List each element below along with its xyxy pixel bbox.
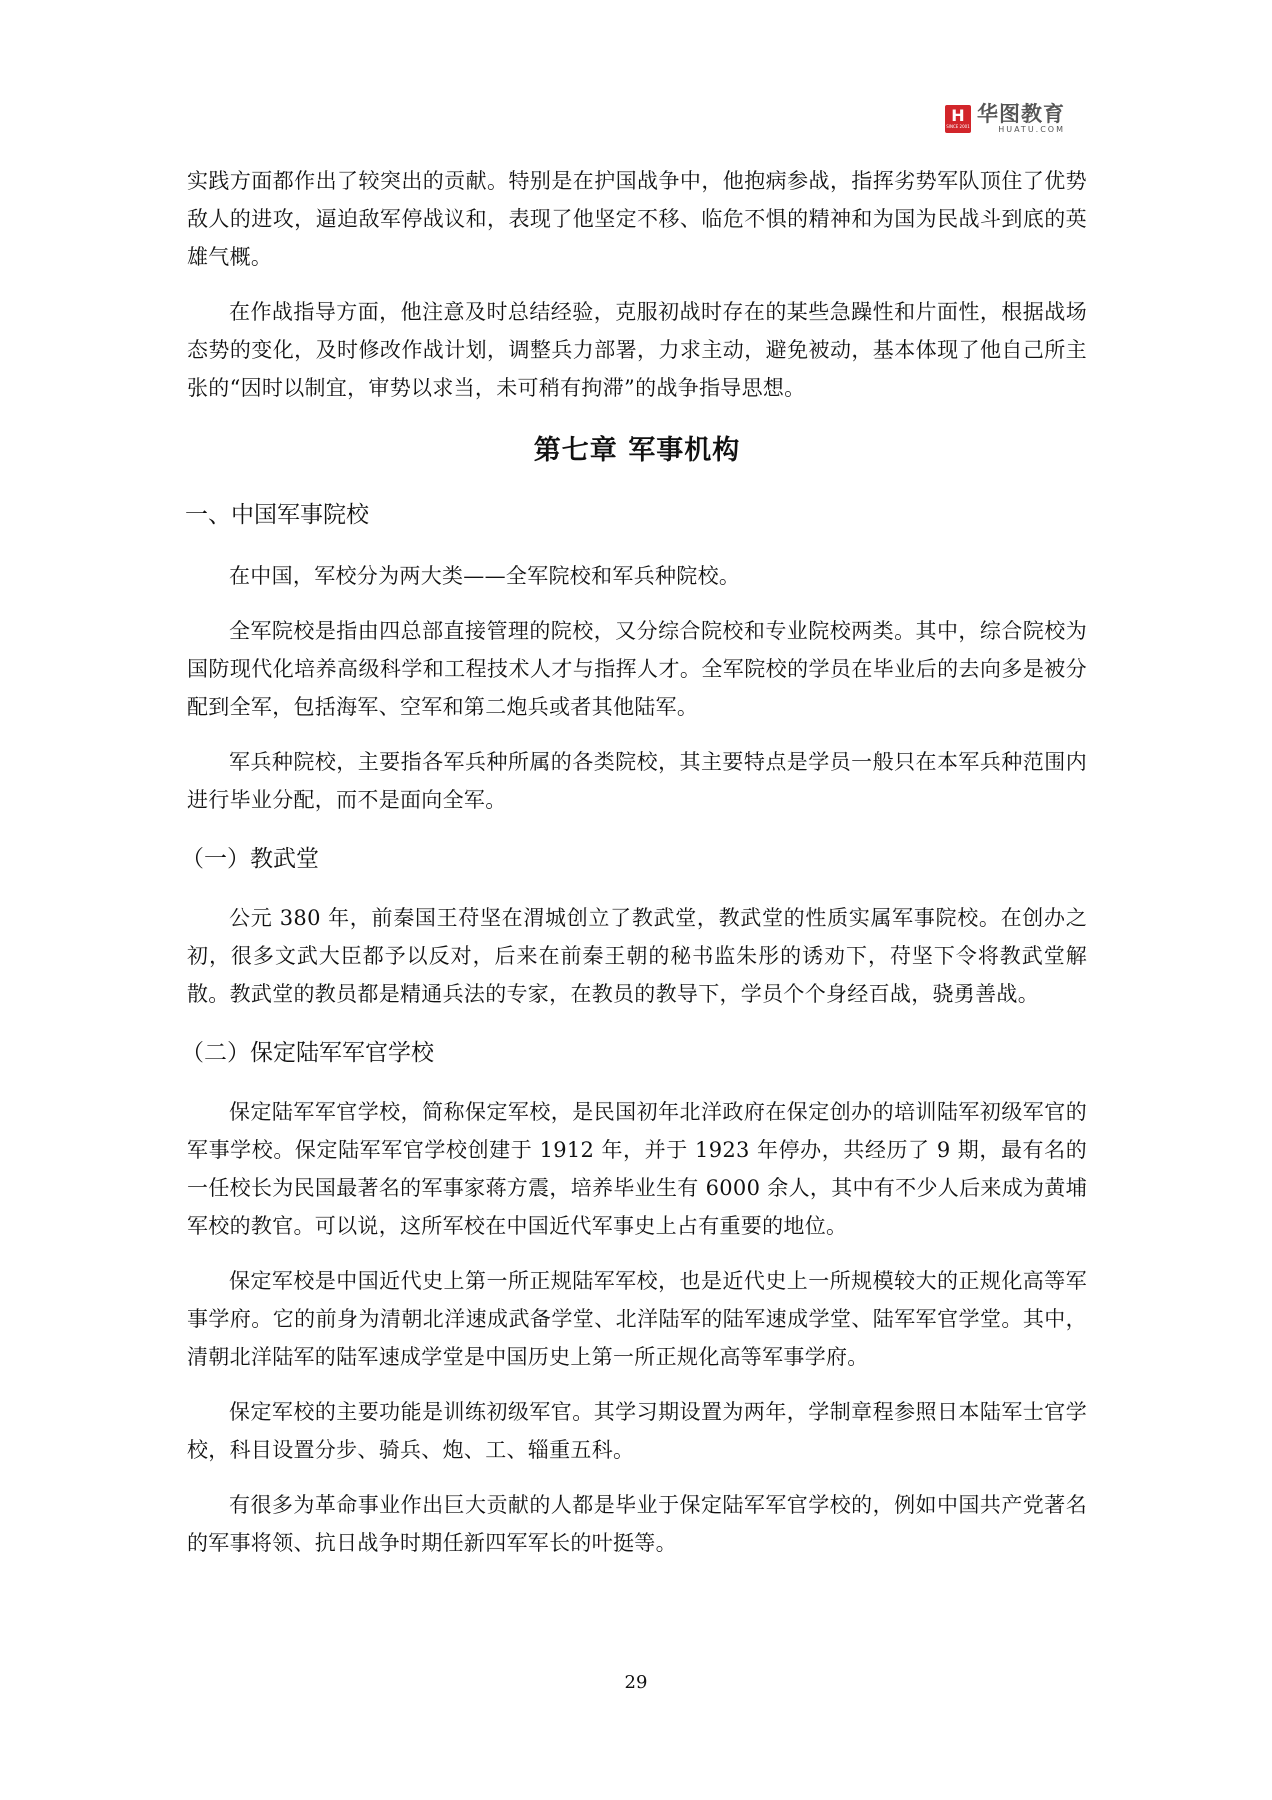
paragraph: 保定军校是中国近代史上第一所正规陆军军校，也是近代史上一所规模较大的正规化高等军… <box>187 1262 1087 1376</box>
subsection-heading: （一）教武堂 <box>181 841 1087 877</box>
chapter-title: 第七章 军事机构 <box>187 431 1087 471</box>
paragraph: 实践方面都作出了较突出的贡献。特别是在护国战争中，他抱病参战，指挥劣势军队顶住了… <box>187 162 1087 276</box>
logo-domain: HUATU.COM <box>977 125 1065 134</box>
paragraph: 全军院校是指由四总部直接管理的院校，又分综合院校和专业院校两类。其中，综合院校为… <box>187 612 1087 726</box>
paragraph: 保定陆军军官学校，简称保定军校，是民国初年北洋政府在保定创办的培训陆军初级军官的… <box>187 1093 1087 1245</box>
huatu-logo-icon: H SINCE 2001 <box>945 105 971 133</box>
paragraph: 有很多为革命事业作出巨大贡献的人都是毕业于保定陆军军官学校的，例如中国共产党著名… <box>187 1486 1087 1562</box>
huatu-logo: H SINCE 2001 华图教育 HUATU.COM <box>945 103 1065 134</box>
paragraph: 在作战指导方面，他注意及时总结经验，克服初战时存在的某些急躁性和片面性，根据战场… <box>187 293 1087 407</box>
section-heading: 一、中国军事院校 <box>185 497 1087 533</box>
paragraph: 保定军校的主要功能是训练初级军官。其学习期设置为两年，学制章程参照日本陆军士官学… <box>187 1393 1087 1469</box>
paragraph: 在中国，军校分为两大类——全军院校和军兵种院校。 <box>187 557 1087 595</box>
paragraph: 军兵种院校，主要指各军兵种所属的各类院校，其主要特点是学员一般只在本军兵种范围内… <box>187 743 1087 819</box>
document-body: 实践方面都作出了较突出的贡献。特别是在护国战争中，他抱病参战，指挥劣势军队顶住了… <box>187 162 1087 1579</box>
page-number: 29 <box>0 1672 1272 1693</box>
subsection-heading: （二）保定陆军军官学校 <box>181 1035 1087 1071</box>
paragraph: 公元 380 年，前秦国王苻坚在渭城创立了教武堂，教武堂的性质实属军事院校。在创… <box>187 899 1087 1013</box>
logo-chinese-name: 华图教育 <box>977 103 1065 125</box>
